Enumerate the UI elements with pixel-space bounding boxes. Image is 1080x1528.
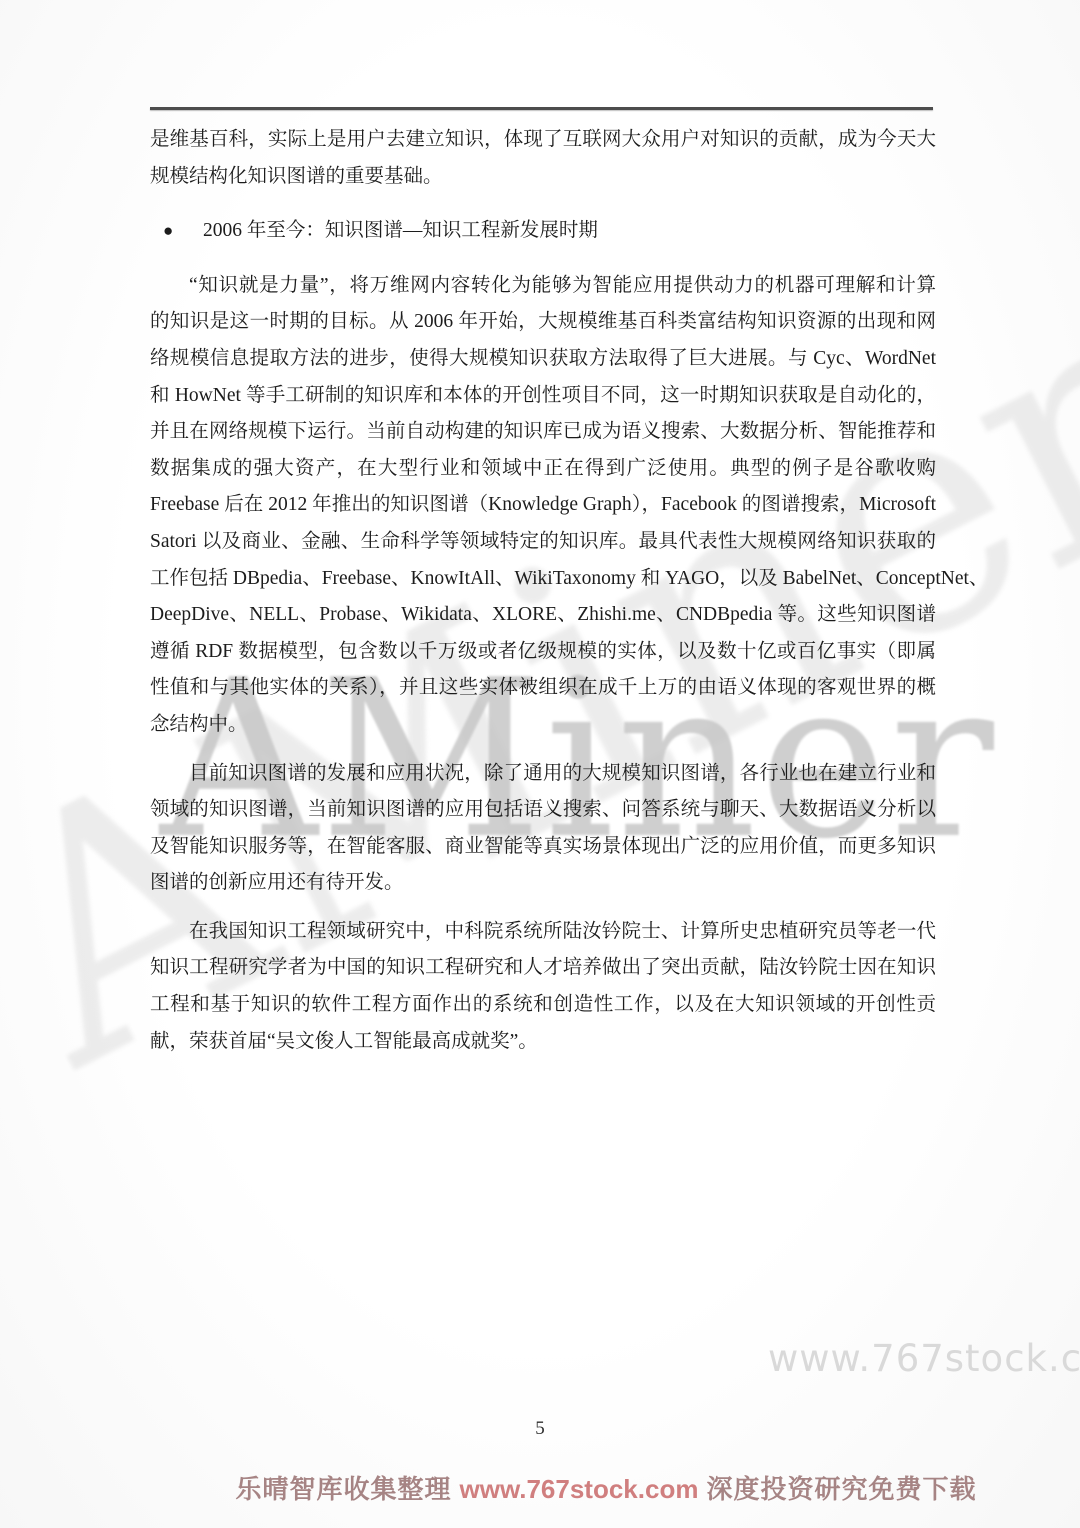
text-line: Satori 以及商业、金融、生命科学等领域特定的知识库。最具代表性大规模网络知… bbox=[150, 524, 936, 561]
text-line: 目前知识图谱的发展和应用状况，除了通用的大规模知识图谱，各行业也在建立行业和 bbox=[150, 756, 936, 793]
text-line: 规模结构化知识图谱的重要基础。 bbox=[150, 159, 936, 196]
stock-site-watermark: www.767stock.com bbox=[768, 1340, 1080, 1377]
text-line: 在我国知识工程领域研究中，中科院系统所陆汝钤院士、计算所史忠植研究员等老一代 bbox=[150, 914, 936, 951]
text-line: 性值和与其他实体的关系），并且这些实体被组织在成千上万的由语义体现的客观世界的概 bbox=[150, 670, 936, 707]
bullet-heading-text: 2006 年至今：知识图谱—知识工程新发展时期 bbox=[203, 213, 936, 250]
paragraph-knowledge-period: “知识就是力量”，将万维网内容转化为能够为智能应用提供动力的机器可理解和计算的知… bbox=[150, 268, 936, 744]
paragraph-current-status: 目前知识图谱的发展和应用状况，除了通用的大规模知识图谱，各行业也在建立行业和领域… bbox=[150, 756, 936, 902]
text-line: “知识就是力量”，将万维网内容转化为能够为智能应用提供动力的机器可理解和计算 bbox=[150, 268, 936, 305]
text-line: 数据集成的强大资产，在大型行业和领域中正在得到广泛使用。典型的例子是谷歌收购 bbox=[150, 451, 936, 488]
text-line: 是维基百科，实际上是用户去建立知识，体现了互联网大众用户对知识的贡献，成为今天大 bbox=[150, 122, 936, 159]
paragraph-continuation: 是维基百科，实际上是用户去建立知识，体现了互联网大众用户对知识的贡献，成为今天大… bbox=[150, 122, 936, 195]
bullet-heading: ● 2006 年至今：知识图谱—知识工程新发展时期 bbox=[150, 213, 936, 250]
footer: 乐晴智库收集整理www.767stock.com深度投资研究免费下载 bbox=[0, 1474, 1080, 1504]
header-rule bbox=[150, 107, 933, 110]
page-content: 是维基百科，实际上是用户去建立知识，体现了互联网大众用户对知识的贡献，成为今天大… bbox=[150, 122, 936, 1060]
text-line: 图谱的创新应用还有待开发。 bbox=[150, 865, 936, 902]
text-line: 知识工程研究学者为中国的知识工程研究和人才培养做出了突出贡献，陆汝钤院士因在知识 bbox=[150, 950, 936, 987]
text-line: 的知识是这一时期的目标。从 2006 年开始，大规模维基百科类富结构知识资源的出… bbox=[150, 304, 936, 341]
footer-prefix: 乐晴智库收集整理 bbox=[236, 1474, 452, 1504]
text-line: 及智能知识服务等，在智能客服、商业智能等真实场景体现出广泛的应用价值，而更多知识 bbox=[150, 829, 936, 866]
text-line: 遵循 RDF 数据模型，包含数以千万级或者亿级规模的实体，以及数十亿或百亿事实（… bbox=[150, 634, 936, 671]
text-line: 并且在网络规模下运行。当前自动构建的知识库已成为语义搜索、大数据分析、智能推荐和 bbox=[150, 414, 936, 451]
text-line: Freebase 后在 2012 年推出的知识图谱（Knowledge Grap… bbox=[150, 487, 936, 524]
text-line: 工作包括 DBpedia、Freebase、KnowItAll、WikiTaxo… bbox=[150, 561, 936, 598]
footer-suffix: 深度投资研究免费下载 bbox=[706, 1474, 976, 1504]
text-line: 络规模信息提取方法的进步，使得大规模知识获取方法取得了巨大进展。与 Cyc、Wo… bbox=[150, 341, 936, 378]
text-line: 领域的知识图谱，当前知识图谱的应用包括语义搜索、问答系统与聊天、大数据语义分析以 bbox=[150, 792, 936, 829]
text-line: 献，荣获首届“吴文俊人工智能最高成就奖”。 bbox=[150, 1024, 936, 1061]
text-line: 和 HowNet 等手工研制的知识库和本体的开创性项目不同，这一时期知识获取是自… bbox=[150, 378, 936, 415]
document-page: AMiner AMiner www.767stock.com 是维基百科，实际上… bbox=[0, 0, 1080, 1528]
footer-url: www.767stock.com bbox=[460, 1474, 699, 1504]
text-line: DeepDive、NELL、Probase、Wikidata、XLORE、Zhi… bbox=[150, 597, 936, 634]
page-number: 5 bbox=[0, 1418, 1080, 1440]
paragraph-china-research: 在我国知识工程领域研究中，中科院系统所陆汝钤院士、计算所史忠植研究员等老一代知识… bbox=[150, 914, 936, 1060]
text-line: 念结构中。 bbox=[150, 707, 936, 744]
text-line: 工程和基于知识的软件工程方面作出的系统和创造性工作，以及在大知识领域的开创性贡 bbox=[150, 987, 936, 1024]
bullet-icon: ● bbox=[150, 213, 203, 250]
